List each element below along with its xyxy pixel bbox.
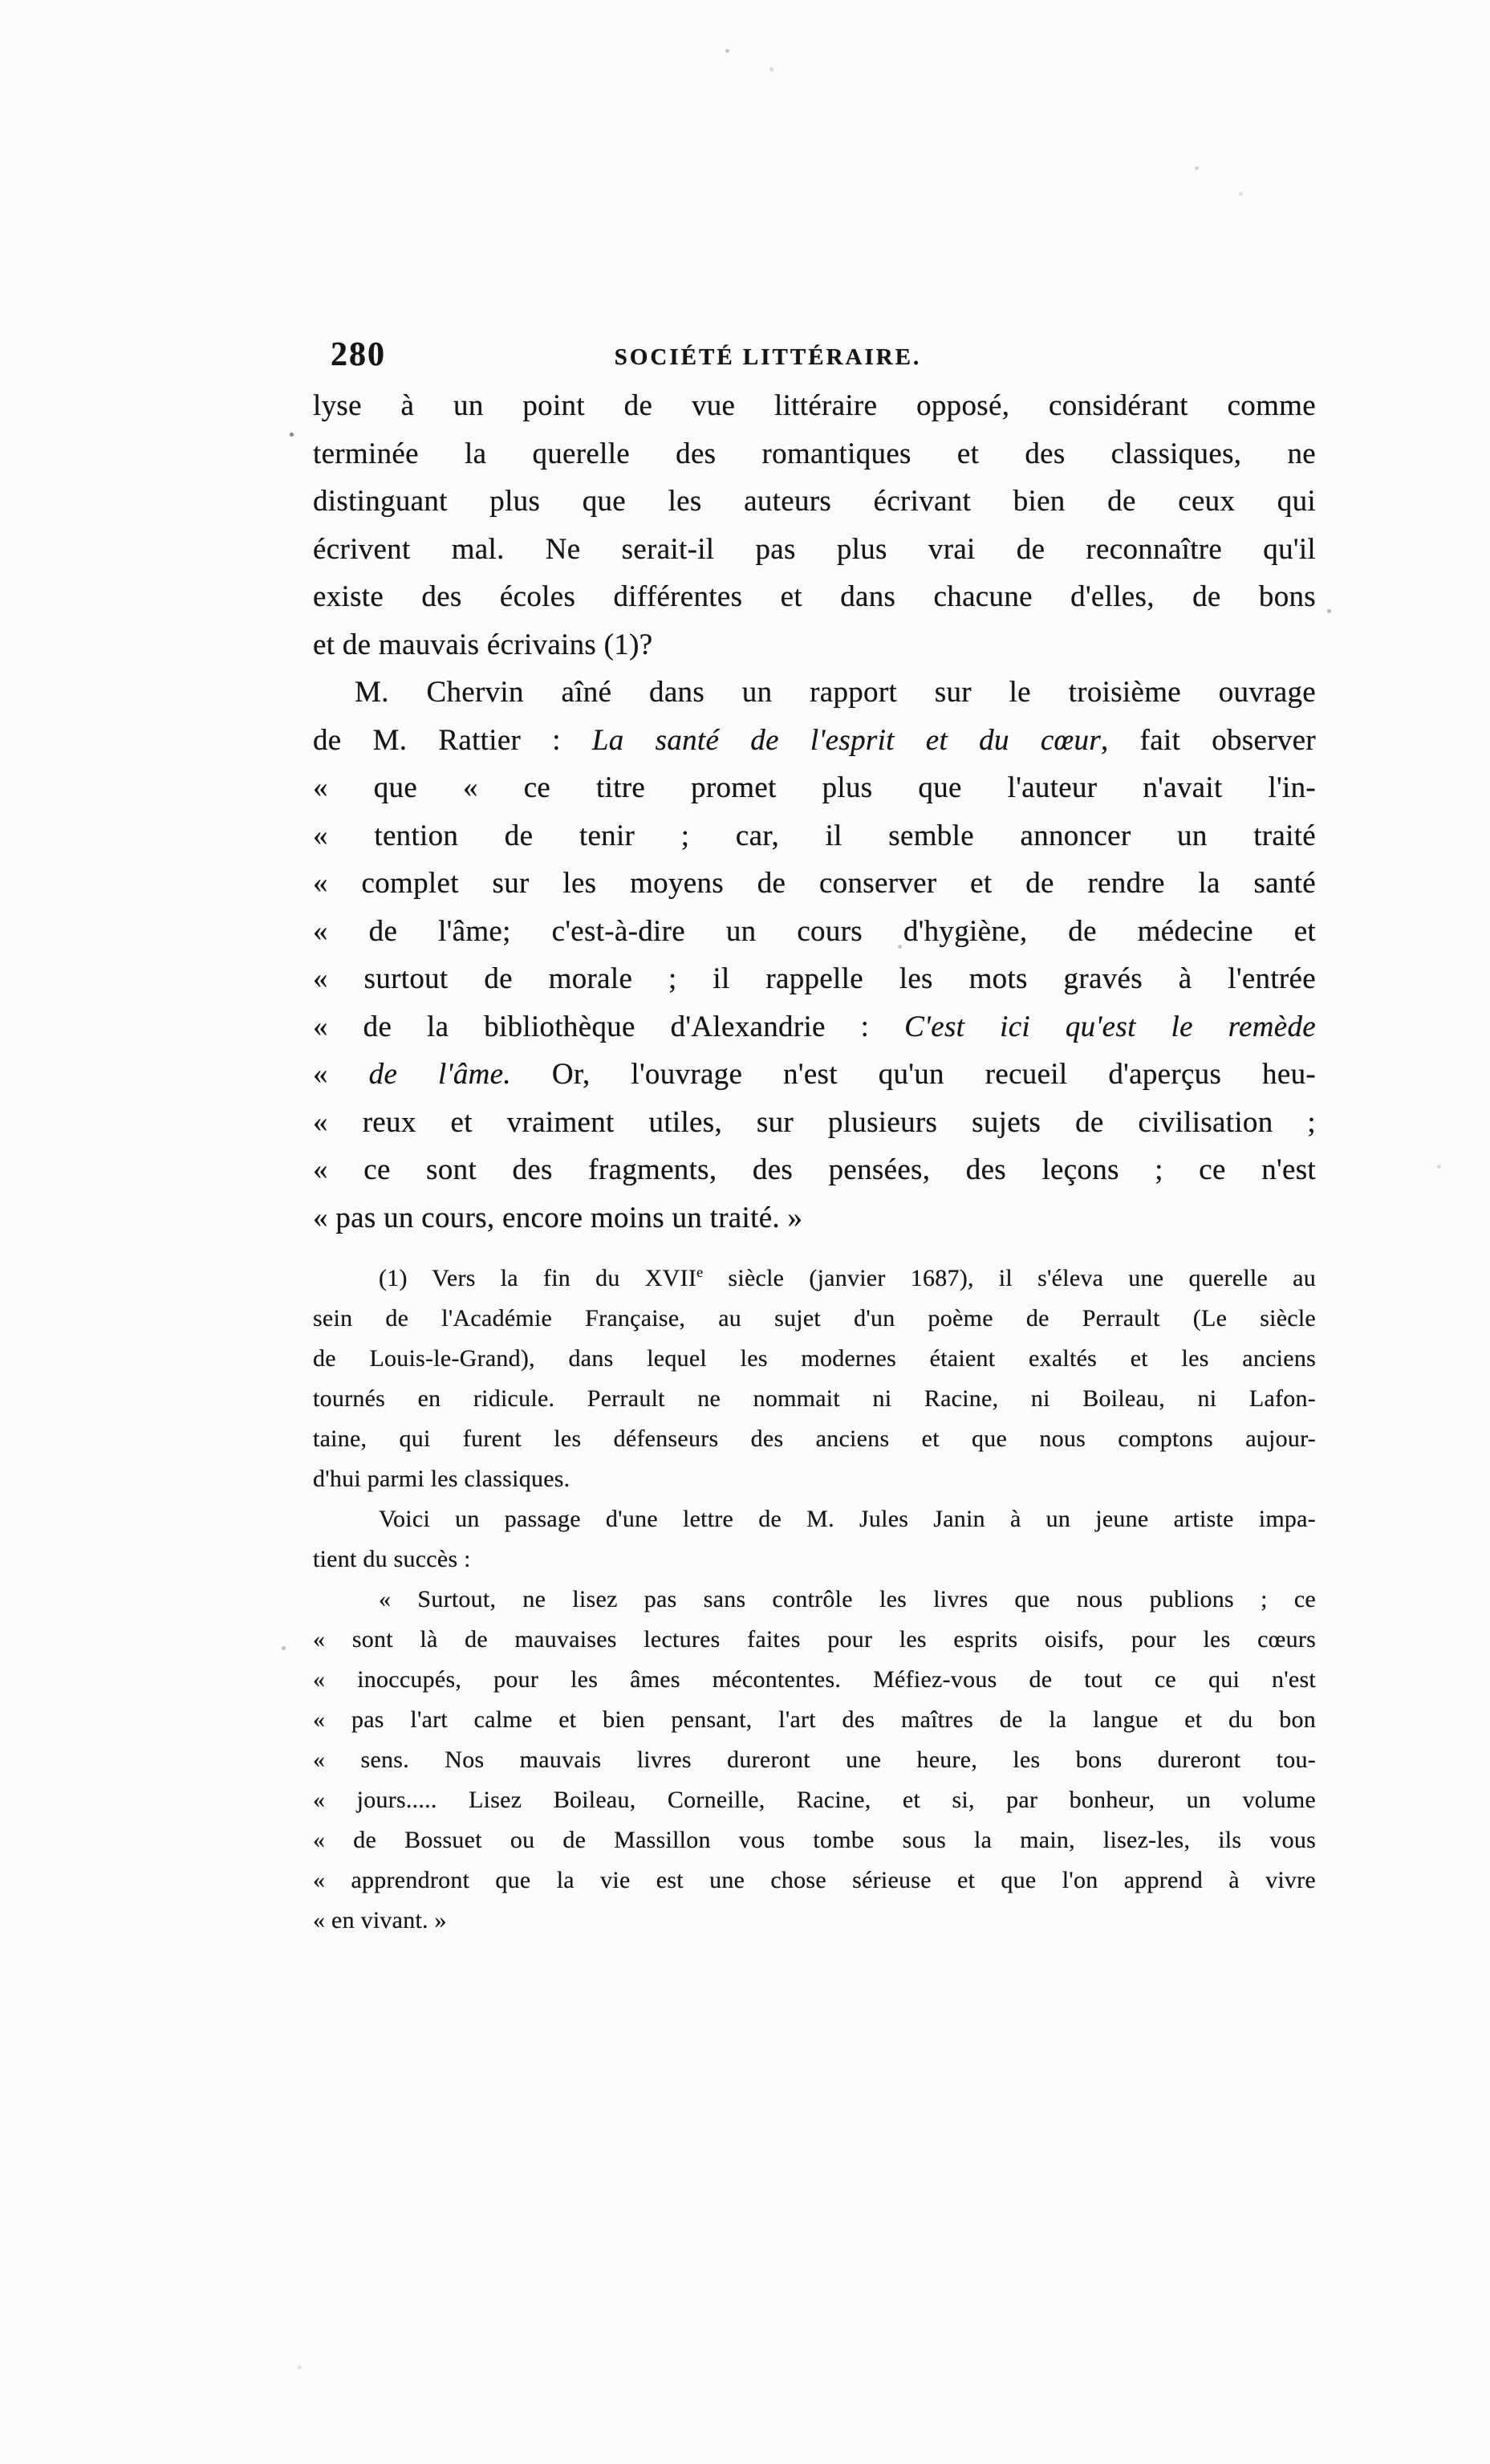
text-line: d'hui parmi les classiques. xyxy=(313,1459,1316,1499)
text-line: « de l'âme. Or, l'ouvrage n'est qu'un re… xyxy=(313,1051,1316,1099)
page-header: 280 SOCIÉTÉ LITTÉRAIRE. xyxy=(313,0,1316,377)
text-line: « de l'âme; c'est-à-dire un cours d'hygi… xyxy=(313,908,1316,956)
text-line: « sens. Nos mauvais livres dureront une … xyxy=(313,1740,1316,1780)
text-line: tient du succès : xyxy=(313,1539,1316,1580)
paragraph: lyse à un point de vue littéraire opposé… xyxy=(313,382,1316,669)
text-line: « tention de tenir ; car, il semble anno… xyxy=(313,812,1316,860)
text-line: « ce sont des fragments, des pensées, de… xyxy=(313,1146,1316,1194)
scan-speckles xyxy=(0,0,2,2)
text-line: (1) Vers la fin du XVIIe siècle (janvier… xyxy=(313,1258,1316,1299)
text-line: « en vivant. » xyxy=(313,1901,1316,1941)
text-line: « reux et vraiment utiles, sur plusieurs… xyxy=(313,1099,1316,1147)
text-line: écrivent mal. Ne serait-il pas plus vrai… xyxy=(313,526,1316,574)
text-line: taine, qui furent les défenseurs des anc… xyxy=(313,1419,1316,1459)
text-line: « Surtout, ne lisez pas sans contrôle le… xyxy=(313,1580,1316,1620)
text-line: « apprendront que la vie est une chose s… xyxy=(313,1860,1316,1901)
running-title: SOCIÉTÉ LITTÉRAIRE. xyxy=(615,344,922,370)
paragraph: (1) Vers la fin du XVIIe siècle (janvier… xyxy=(313,1258,1316,1499)
text-line: et de mauvais écrivains (1)? xyxy=(313,621,1316,669)
paragraph: « Surtout, ne lisez pas sans contrôle le… xyxy=(313,1580,1316,1941)
text-line: « surtout de morale ; il rappelle les mo… xyxy=(313,955,1316,1003)
footnote-block: (1) Vers la fin du XVIIe siècle (janvier… xyxy=(313,1258,1316,1941)
text-line: de Louis-le-Grand), dans lequel les mode… xyxy=(313,1339,1316,1379)
text-line: tournés en ridicule. Perrault ne nommait… xyxy=(313,1379,1316,1419)
text-line: lyse à un point de vue littéraire opposé… xyxy=(313,382,1316,430)
text-line: « inoccupés, pour les âmes mécontentes. … xyxy=(313,1660,1316,1700)
text-line: « de Bossuet ou de Massillon vous tombe … xyxy=(313,1820,1316,1860)
text-line: « complet sur les moyens de conserver et… xyxy=(313,860,1316,908)
text-line: « sont là de mauvaises lectures faites p… xyxy=(313,1620,1316,1660)
text-line: « jours..... Lisez Boileau, Corneille, R… xyxy=(313,1780,1316,1820)
main-text-block: lyse à un point de vue littéraire opposé… xyxy=(313,382,1316,1242)
text-line: sein de l'Académie Française, au sujet d… xyxy=(313,1299,1316,1339)
text-line: existe des écoles différentes et dans ch… xyxy=(313,573,1316,621)
paragraph: M. Chervin aîné dans un rapport sur le t… xyxy=(313,669,1316,1242)
text-line: « pas l'art calme et bien pensant, l'art… xyxy=(313,1700,1316,1740)
paragraph: Voici un passage d'une lettre de M. Jule… xyxy=(313,1499,1316,1580)
text-line: M. Chervin aîné dans un rapport sur le t… xyxy=(313,669,1316,717)
text-line: terminée la querelle des romantiques et … xyxy=(313,430,1316,478)
text-line: « pas un cours, encore moins un traité. … xyxy=(313,1194,1316,1242)
running-title-wrap: SOCIÉTÉ LITTÉRAIRE. xyxy=(313,344,1316,371)
text-line: Voici un passage d'une lettre de M. Jule… xyxy=(313,1499,1316,1539)
text-line: de M. Rattier : La santé de l'esprit et … xyxy=(313,717,1316,765)
book-page-scan: 280 SOCIÉTÉ LITTÉRAIRE. lyse à un point … xyxy=(0,0,1490,2464)
text-line: « de la bibliothèque d'Alexandrie : C'es… xyxy=(313,1003,1316,1051)
text-line: distinguant plus que les auteurs écrivan… xyxy=(313,478,1316,526)
text-line: « que « ce titre promet plus que l'auteu… xyxy=(313,764,1316,812)
